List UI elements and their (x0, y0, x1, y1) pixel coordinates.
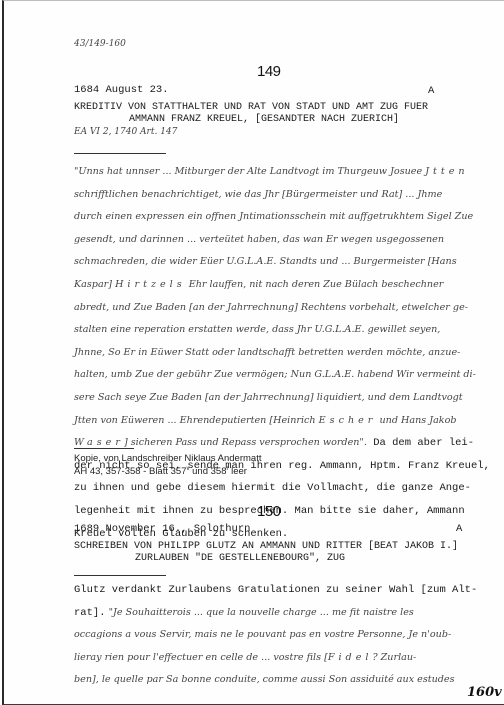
archival-note-line-2: AH 43, 357-358 - Blatt 357v und 358r lee… (74, 464, 247, 477)
body-text-line: "Unns hat unnser ... Mitburger der Alte … (74, 161, 484, 184)
document-category-letter: A (456, 523, 462, 535)
quoted-text: Jtten von Eüweren ... Ehrendeputierten [… (74, 415, 319, 426)
source-reference: EA VI 2, 1740 Art. 147 (74, 127, 177, 137)
document-title-line-2: AMMANN FRANZ KREUEL, [GESANDTER NACH ZUE… (129, 113, 399, 126)
body-text-line: schrifftlichen benachrichtiget, wie das … (74, 184, 484, 207)
body-text-line: sere Sach seye Zue Baden [an der Jahrrec… (74, 387, 484, 410)
document-date: 1689 November 16., Solothurn (74, 523, 250, 535)
quoted-text: sere Sach seye Zue Baden [an der Jahrrec… (74, 392, 463, 403)
quoted-text: stalten eine reperation erstatten werde,… (74, 324, 440, 335)
body-text-line: Waser] sicheren Pass und Repass versproc… (74, 432, 484, 455)
summary-text: rat]. (74, 607, 106, 619)
summary-text: Glutz verdankt Zurlaubens Gratulationen … (74, 584, 477, 596)
document-category-letter: A (428, 85, 434, 97)
archive-reference: 43/149-160 (74, 39, 126, 49)
body-text-line: Jtten von Eüweren ... Ehrendeputierten [… (74, 410, 484, 433)
body-text-line: durch einen expressen ein offnen Jntimat… (74, 206, 484, 229)
divider (74, 448, 134, 449)
body-text-line: occagions a vous Servir, mais ne le pouv… (74, 624, 484, 647)
quoted-text: Escher (319, 415, 377, 426)
quoted-text: abredt, und Zue Baden [an der Jahrrechnu… (74, 302, 468, 313)
quoted-text: Jtten (425, 166, 468, 177)
quoted-text: Ehr lauffen, nit nach deren Zue Bülach b… (186, 279, 444, 290)
divider (74, 153, 166, 154)
quoted-text: ] sicheren Pass und Repass versprochen w… (124, 437, 367, 448)
quoted-text: Kaspar] (74, 279, 115, 290)
document-date: 1684 August 23. (74, 84, 169, 96)
handwritten-folio-number: 160v (467, 685, 502, 700)
quoted-text: lieray rien pour l'effectuer en celle de… (74, 652, 328, 663)
quoted-text: halten, umb Zue der gebühr Zue vermögen;… (74, 369, 476, 380)
quoted-text: occagions a vous Servir, mais ne le pouv… (74, 629, 451, 640)
body-text-line: gesendt, und darinnen ... verteütet habe… (74, 229, 484, 252)
body-text-line: Kaspar] Hirtzels Ehr lauffen, nit nach d… (74, 274, 484, 297)
quoted-text: durch einen expressen ein offnen Jntimat… (74, 211, 473, 222)
document-number: 150 (257, 503, 281, 520)
document-title-line-2: ZURLAUBEN "DE GESTELLENEBOURG", ZUG (135, 552, 345, 565)
body-text-line: Glutz verdankt Zurlaubens Gratulationen … (74, 579, 484, 602)
quoted-text: gesendt, und darinnen ... verteütet habe… (74, 234, 444, 245)
note-text: AH 43, 357-358 - Blatt 357 (74, 466, 187, 477)
quoted-text: und Hans Jakob (376, 415, 456, 426)
quoted-text: Fidel (328, 652, 373, 663)
document-page: 43/149-160 149 1684 August 23. A KREDITI… (2, 0, 504, 705)
document-body: "Unns hat unnser ... Mitburger der Alte … (74, 161, 484, 545)
body-text-line: stalten eine reperation erstatten werde,… (74, 319, 484, 342)
body-text-line: lieray rien pour l'effectuer en celle de… (74, 647, 484, 670)
quoted-text: Waser (74, 437, 124, 448)
note-text: leer (228, 466, 246, 477)
quoted-text: Jhnne, So Er in Eüwer Statt oder landtsc… (74, 347, 460, 358)
summary-text: Da dem aber lei- (367, 437, 474, 449)
body-text-line: schmachreden, die wider Eüer U.G.L.A.E. … (74, 251, 484, 274)
summary-text: zu ihnen und gebe diesem hiermit die Vol… (74, 482, 471, 494)
quoted-text: schmachreden, die wider Eüer U.G.L.A.E. … (74, 256, 457, 267)
body-text-line: ben], le quelle par Sa bonne conduite, c… (74, 669, 484, 692)
body-text-line: Jhnne, So Er in Eüwer Statt oder landtsc… (74, 342, 484, 365)
document-number: 149 (257, 63, 281, 80)
divider (74, 575, 166, 576)
quoted-text: ? Zurlau- (372, 652, 416, 663)
note-text: und 358 (190, 466, 227, 477)
archival-note-line-1: Kopie, von Landschreiber Niklaus Anderma… (74, 453, 261, 464)
quoted-text: ben], le quelle par Sa bonne conduite, c… (74, 674, 455, 685)
body-text-line: abredt, und Zue Baden [an der Jahrrechnu… (74, 297, 484, 320)
quoted-text: "Unns hat unnser ... Mitburger der Alte … (74, 166, 425, 177)
quoted-text: "Je Souhaitterois ... que la nouvelle ch… (106, 607, 414, 618)
quoted-text: schrifftlichen benachrichtiget, wie das … (74, 189, 442, 200)
body-text-line: halten, umb Zue der gebühr Zue vermögen;… (74, 364, 484, 387)
body-text-line: rat]. "Je Souhaitterois ... que la nouve… (74, 602, 484, 625)
document-body: Glutz verdankt Zurlaubens Gratulationen … (74, 579, 484, 692)
quoted-text: Hirtzels (115, 279, 186, 290)
body-text-line: zu ihnen und gebe diesem hiermit die Vol… (74, 477, 484, 500)
